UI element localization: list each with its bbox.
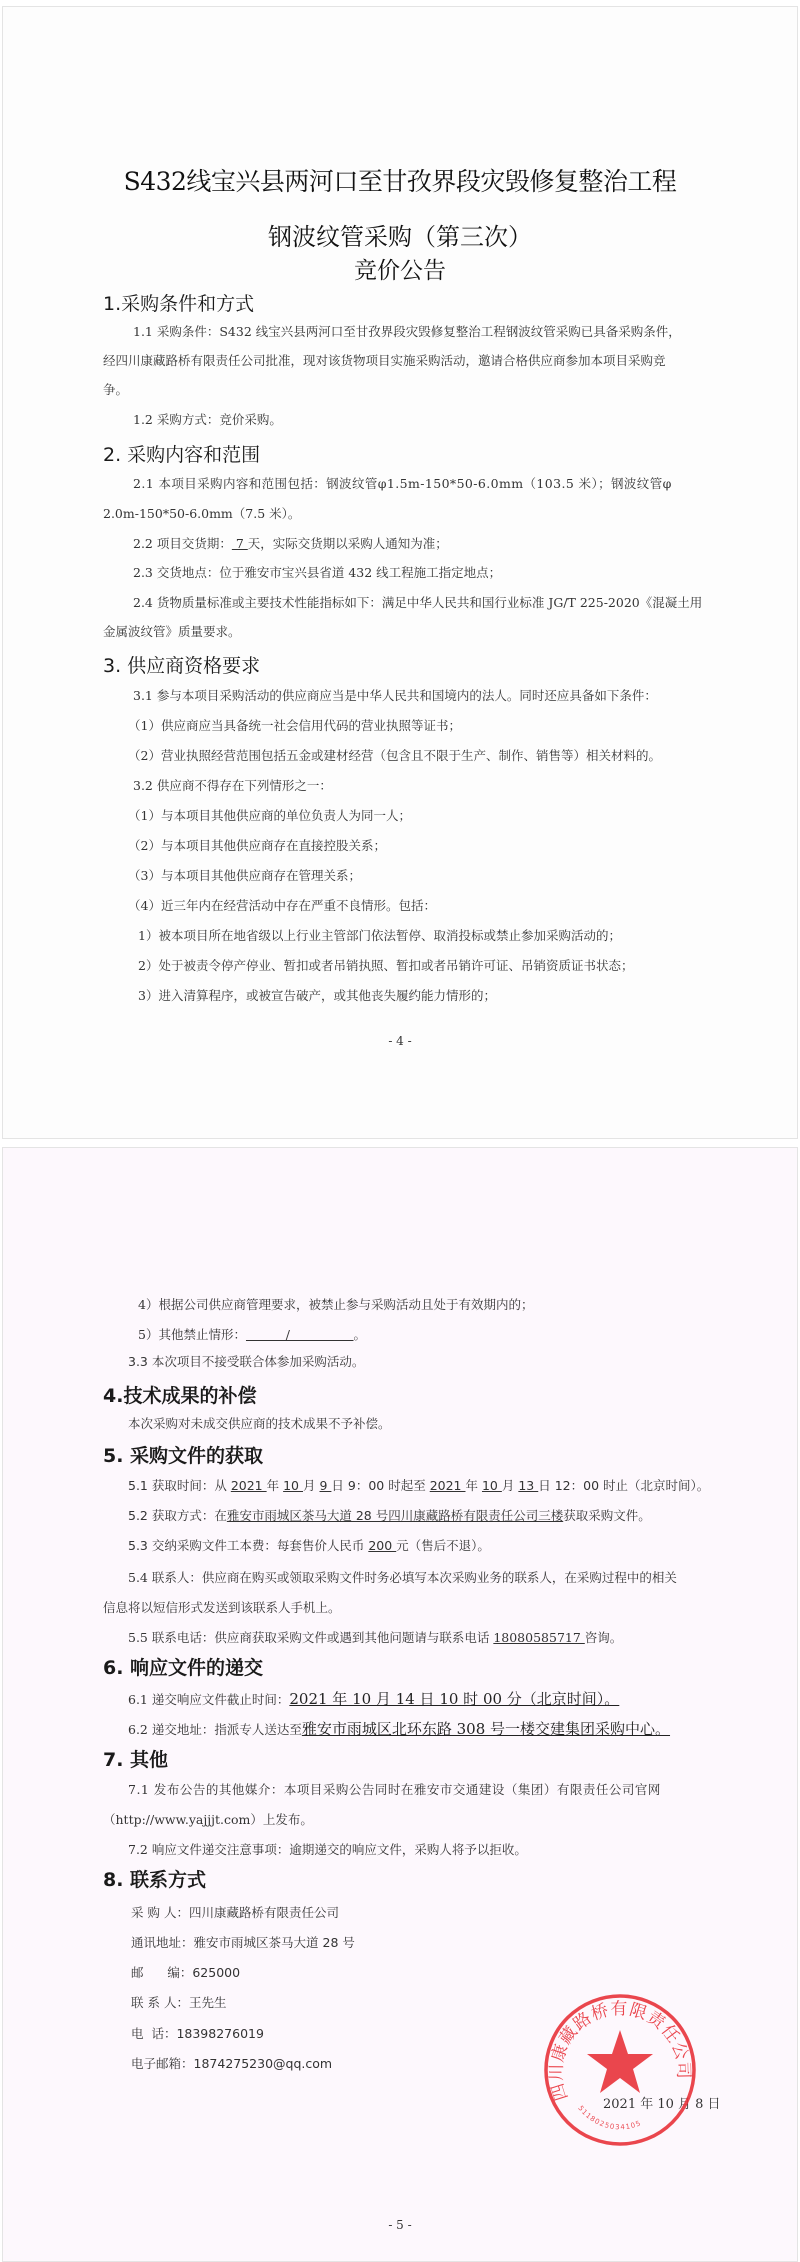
section-7-2: 7.2 响应文件递交注意事项：逾期递交的响应文件，采购人将予以拒收。 bbox=[128, 1840, 527, 1858]
section-6-heading: 6. 响应文件的递交 bbox=[103, 1653, 263, 1680]
section-2-3: 2.3 交货地点：位于雅安市宝兴县省道 432 线工程施工指定地点； bbox=[133, 563, 501, 581]
submission-deadline: 2021 年 10 月 14 日 10 时 00 分（北京时间）。 bbox=[289, 1690, 619, 1708]
document-title-line1: S432线宝兴县两河口至甘孜界段灾毁修复整治工程 bbox=[3, 162, 797, 198]
section-5-1: 5.1 获取时间：从 2021 年 10 月 9 日 9：00 时起至 2021… bbox=[128, 1476, 709, 1494]
document-title-line3: 竞价公告 bbox=[3, 252, 797, 285]
section-2-1-line1: 2.1 本项目采购内容和范围包括：钢波纹管φ1.5m-150*50-6.0mm（… bbox=[133, 474, 672, 492]
section-1-heading: 1.采购条件和方式 bbox=[103, 289, 254, 316]
section-4-heading: 4.技术成果的补偿 bbox=[103, 1381, 256, 1408]
section-5-heading: 5. 采购文件的获取 bbox=[103, 1441, 263, 1468]
seal-icon: 四川康藏路桥有限责任公司 5118025034105 bbox=[540, 1990, 700, 2150]
contact-phone-link: 18080585717 bbox=[493, 1630, 584, 1645]
page-number: - 5 - bbox=[3, 2218, 797, 2232]
section-7-1-line1: 7.1 发布公告的其他媒介：本项目采购公告同时在雅安市交通建设（集团）有限责任公… bbox=[128, 1780, 661, 1798]
section-1-1-line2: 经四川康藏路桥有限责任公司批准，现对该货物项目实施采购活动，邀请合格供应商参加本… bbox=[103, 351, 666, 369]
section-1-1-line1: 1.1 采购条件：S432 线宝兴县两河口至甘孜界段灾毁修复整治工程钢波纹管采购… bbox=[133, 322, 681, 340]
section-3-2-subitem-1: 1）被本项目所在地省级以上行业主管部门依法暂停、取消投标或禁止参加采购活动的； bbox=[138, 926, 621, 944]
section-2-4-line2: 金属波纹管》质量要求。 bbox=[103, 622, 241, 640]
section-3-2-item-1: （1）与本项目其他供应商的单位负责人为同一人； bbox=[128, 806, 411, 824]
section-3-3: 3.3 本次项目不接受联合体参加采购活动。 bbox=[128, 1352, 364, 1370]
section-3-heading: 3. 供应商资格要求 bbox=[103, 651, 260, 678]
section-3-2-item-4: （4）近三年内在经营活动中存在严重不良情形。包括： bbox=[128, 896, 436, 914]
section-8-heading: 8. 联系方式 bbox=[103, 1865, 206, 1892]
section-3-1: 3.1 参与本项目采购活动的供应商应当是中华人民共和国境内的法人。同时还应具备如… bbox=[133, 686, 657, 704]
contact-address: 通讯地址：雅安市雨城区茶马大道 28 号 bbox=[131, 1933, 355, 1951]
section-3-2: 3.2 供应商不得存在下列情形之一： bbox=[133, 776, 332, 794]
section-2-2: 2.2 项目交货期： 7 天，实际交货期以采购人通知为准； bbox=[133, 534, 448, 552]
contact-person: 联 系 人：王先生 bbox=[131, 1993, 226, 2011]
section-3-1-item-1: （1）供应商应当具备统一社会信用代码的营业执照等证书； bbox=[128, 716, 461, 734]
section-3-1-item-2: （2）营业执照经营范围包括五金或建材经营（包含且不限于生产、制作、销售等）相关材… bbox=[128, 746, 661, 764]
section-4-text: 本次采购对未成交供应商的技术成果不予补偿。 bbox=[128, 1414, 391, 1432]
section-5-5: 5.5 联系电话：供应商获取采购文件或遇到其他问题请与联系电话 18080585… bbox=[128, 1628, 622, 1646]
section-6-2: 6.2 递交地址：指派专人送达至雅安市雨城区北环东路 308 号一楼交建集团采购… bbox=[128, 1718, 670, 1739]
other-prohibited-value: / bbox=[246, 1327, 354, 1342]
contact-email: 电子邮箱：1874275230@qq.com bbox=[131, 2054, 332, 2072]
section-5-3: 5.3 交纳采购文件工本费：每套售价人民币 200 元（售后不退）。 bbox=[128, 1536, 490, 1554]
section-1-1-line3: 争。 bbox=[103, 380, 128, 398]
contact-postcode: 邮 编：625000 bbox=[131, 1963, 240, 1981]
document-pickup-address: 雅安市雨城区茶马大道 28 号四川康藏路桥有限责任公司三楼 bbox=[227, 1508, 563, 1523]
section-3-2-item-2: （2）与本项目其他供应商存在直接控股关系； bbox=[128, 836, 386, 854]
section-7-1-line2: （http://www.yajjjt.com）上发布。 bbox=[103, 1810, 313, 1828]
section-5-4-line2: 信息将以短信形式发送到该联系人手机上。 bbox=[103, 1598, 341, 1616]
section-6-1: 6.1 递交响应文件截止时间：2021 年 10 月 14 日 10 时 00 … bbox=[128, 1688, 619, 1709]
section-2-heading: 2. 采购内容和范围 bbox=[103, 440, 260, 467]
company-seal-stamp: 四川康藏路桥有限责任公司 5118025034105 bbox=[540, 1990, 700, 2150]
seal-number: 5118025034105 bbox=[576, 2104, 642, 2131]
section-3-2-item-3: （3）与本项目其他供应商存在管理关系； bbox=[128, 866, 361, 884]
section-3-2-subitem-4: 4）根据公司供应商管理要求，被禁止参与采购活动且处于有效期内的； bbox=[138, 1295, 533, 1313]
section-3-2-subitem-5: 5）其他禁止情形： / 。 bbox=[138, 1325, 366, 1343]
document-title-line2: 钢波纹管采购（第三次） bbox=[3, 217, 797, 252]
section-1-2: 1.2 采购方式：竞价采购。 bbox=[133, 410, 282, 428]
contact-buyer: 采 购 人：四川康藏路桥有限责任公司 bbox=[131, 1903, 339, 1921]
contact-phone: 电 话：18398276019 bbox=[131, 2024, 264, 2042]
delivery-days: 7 bbox=[232, 536, 248, 551]
document-page-4: S432线宝兴县两河口至甘孜界段灾毁修复整治工程 钢波纹管采购（第三次） 竞价公… bbox=[2, 6, 798, 1139]
section-5-2: 5.2 获取方式：在雅安市雨城区茶马大道 28 号四川康藏路桥有限责任公司三楼获… bbox=[128, 1506, 651, 1524]
section-2-4-line1: 2.4 货物质量标准或主要技术性能指标如下：满足中华人民共和国行业标准 JG/T… bbox=[133, 593, 702, 611]
section-3-2-subitem-3: 3）进入清算程序，或被宣告破产，或其他丧失履约能力情形的； bbox=[138, 986, 496, 1004]
section-7-heading: 7. 其他 bbox=[103, 1745, 168, 1772]
section-2-1-line2: 2.0m-150*50-6.0mm（7.5 米）。 bbox=[103, 504, 300, 522]
submission-address: 雅安市雨城区北环东路 308 号一楼交建集团采购中心。 bbox=[302, 1720, 670, 1738]
page-number: - 4 - bbox=[3, 1034, 797, 1048]
svg-text:5118025034105: 5118025034105 bbox=[576, 2104, 642, 2131]
section-3-2-subitem-2: 2）处于被责令停产停业、暂扣或者吊销执照、暂扣或者吊销许可证、吊销资质证书状态； bbox=[138, 956, 633, 974]
section-5-4-line1: 5.4 联系人：供应商在购买或领取采购文件时务必填写本次采购业务的联系人，在采购… bbox=[128, 1568, 677, 1586]
document-fee: 200 bbox=[368, 1538, 396, 1553]
